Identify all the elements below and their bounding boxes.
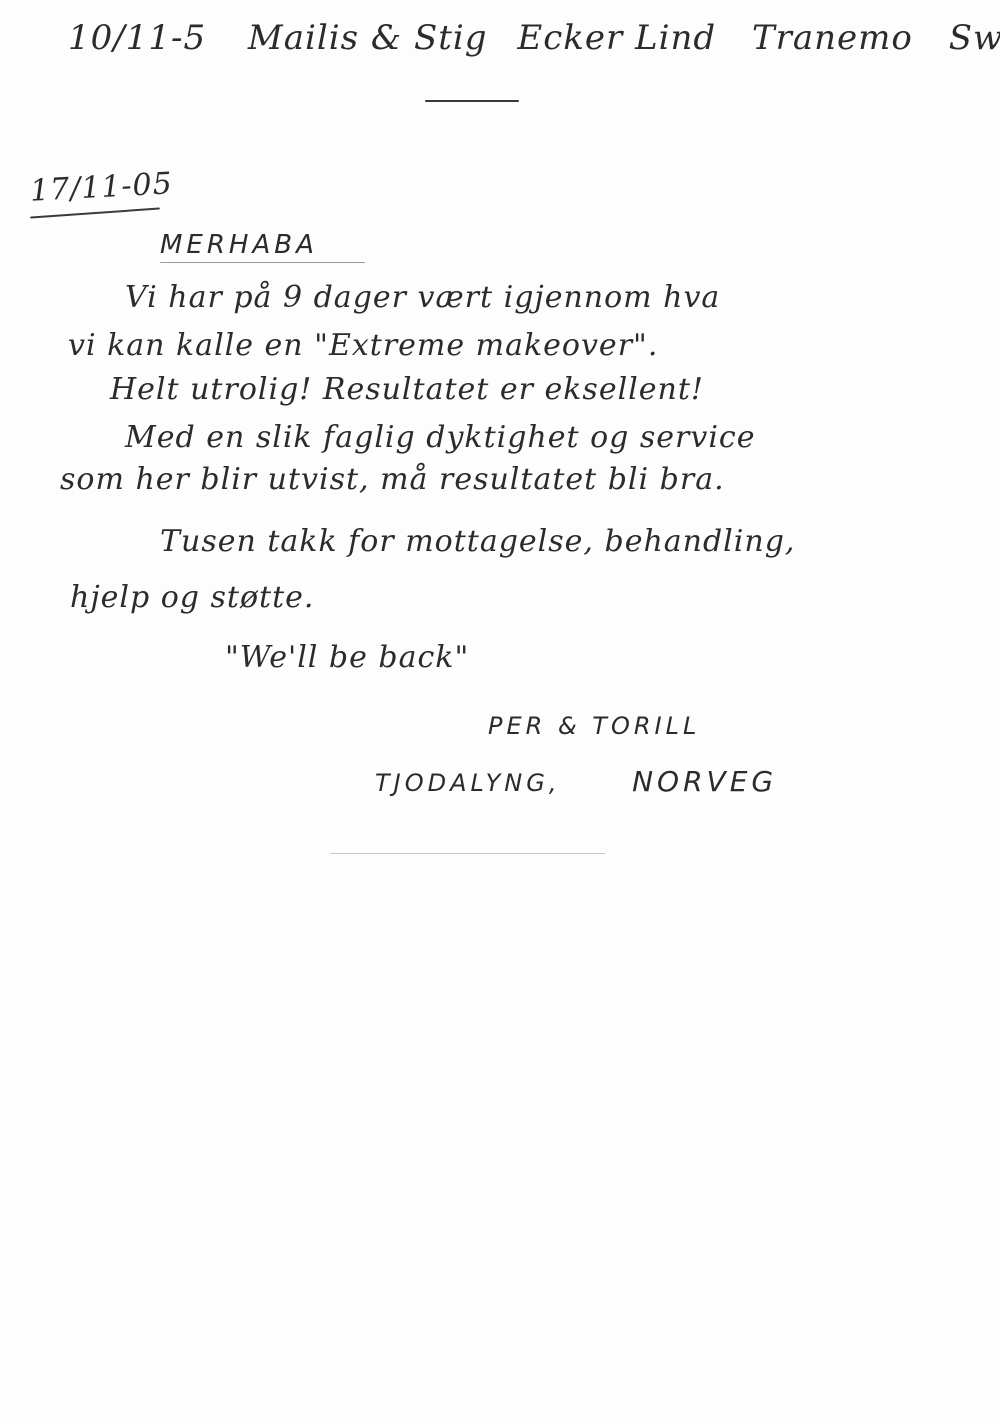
header-underline (425, 100, 519, 102)
letter-date-underline (30, 207, 160, 218)
body-line: Tusen takk for mottagelse, behandling, (160, 524, 795, 559)
faint-scan-line (330, 853, 605, 854)
letter-date: 17/11-05 (29, 166, 173, 208)
signature-names: PER & TORILL (488, 712, 700, 740)
signature-country: NORVEG (632, 765, 777, 798)
signature-place: TJODALYNG, (375, 769, 560, 797)
header-surname: Ecker Lind (517, 18, 716, 58)
greeting-underline (160, 262, 365, 263)
body-line: Vi har på 9 dager vært igjennom hva (125, 280, 720, 315)
header-country: Sweden (949, 18, 1000, 58)
body-line: som her blir utvist, må resultatet bli b… (60, 462, 725, 497)
body-line: vi kan kalle en "Extreme makeover". (68, 328, 658, 363)
letter-page: 10/11-5 Mailis & Stig Ecker Lind Tranemo… (0, 0, 1000, 1424)
header-line: 10/11-5 Mailis & Stig Ecker Lind Tranemo… (68, 18, 1000, 58)
greeting: MERHABA (160, 230, 318, 260)
body-line: Med en slik faglig dyktighet og service (125, 420, 756, 455)
header-date: 10/11-5 (68, 18, 206, 58)
signature-location: TJODALYNG, NORVEG (375, 765, 777, 798)
body-line: hjelp og støtte. (70, 580, 314, 615)
header-city: Tranemo (752, 18, 913, 58)
body-line: Helt utrolig! Resultatet er eksellent! (110, 372, 704, 407)
closing-quote: "We'll be back" (225, 640, 469, 675)
header-names: Mailis & Stig (248, 18, 488, 58)
